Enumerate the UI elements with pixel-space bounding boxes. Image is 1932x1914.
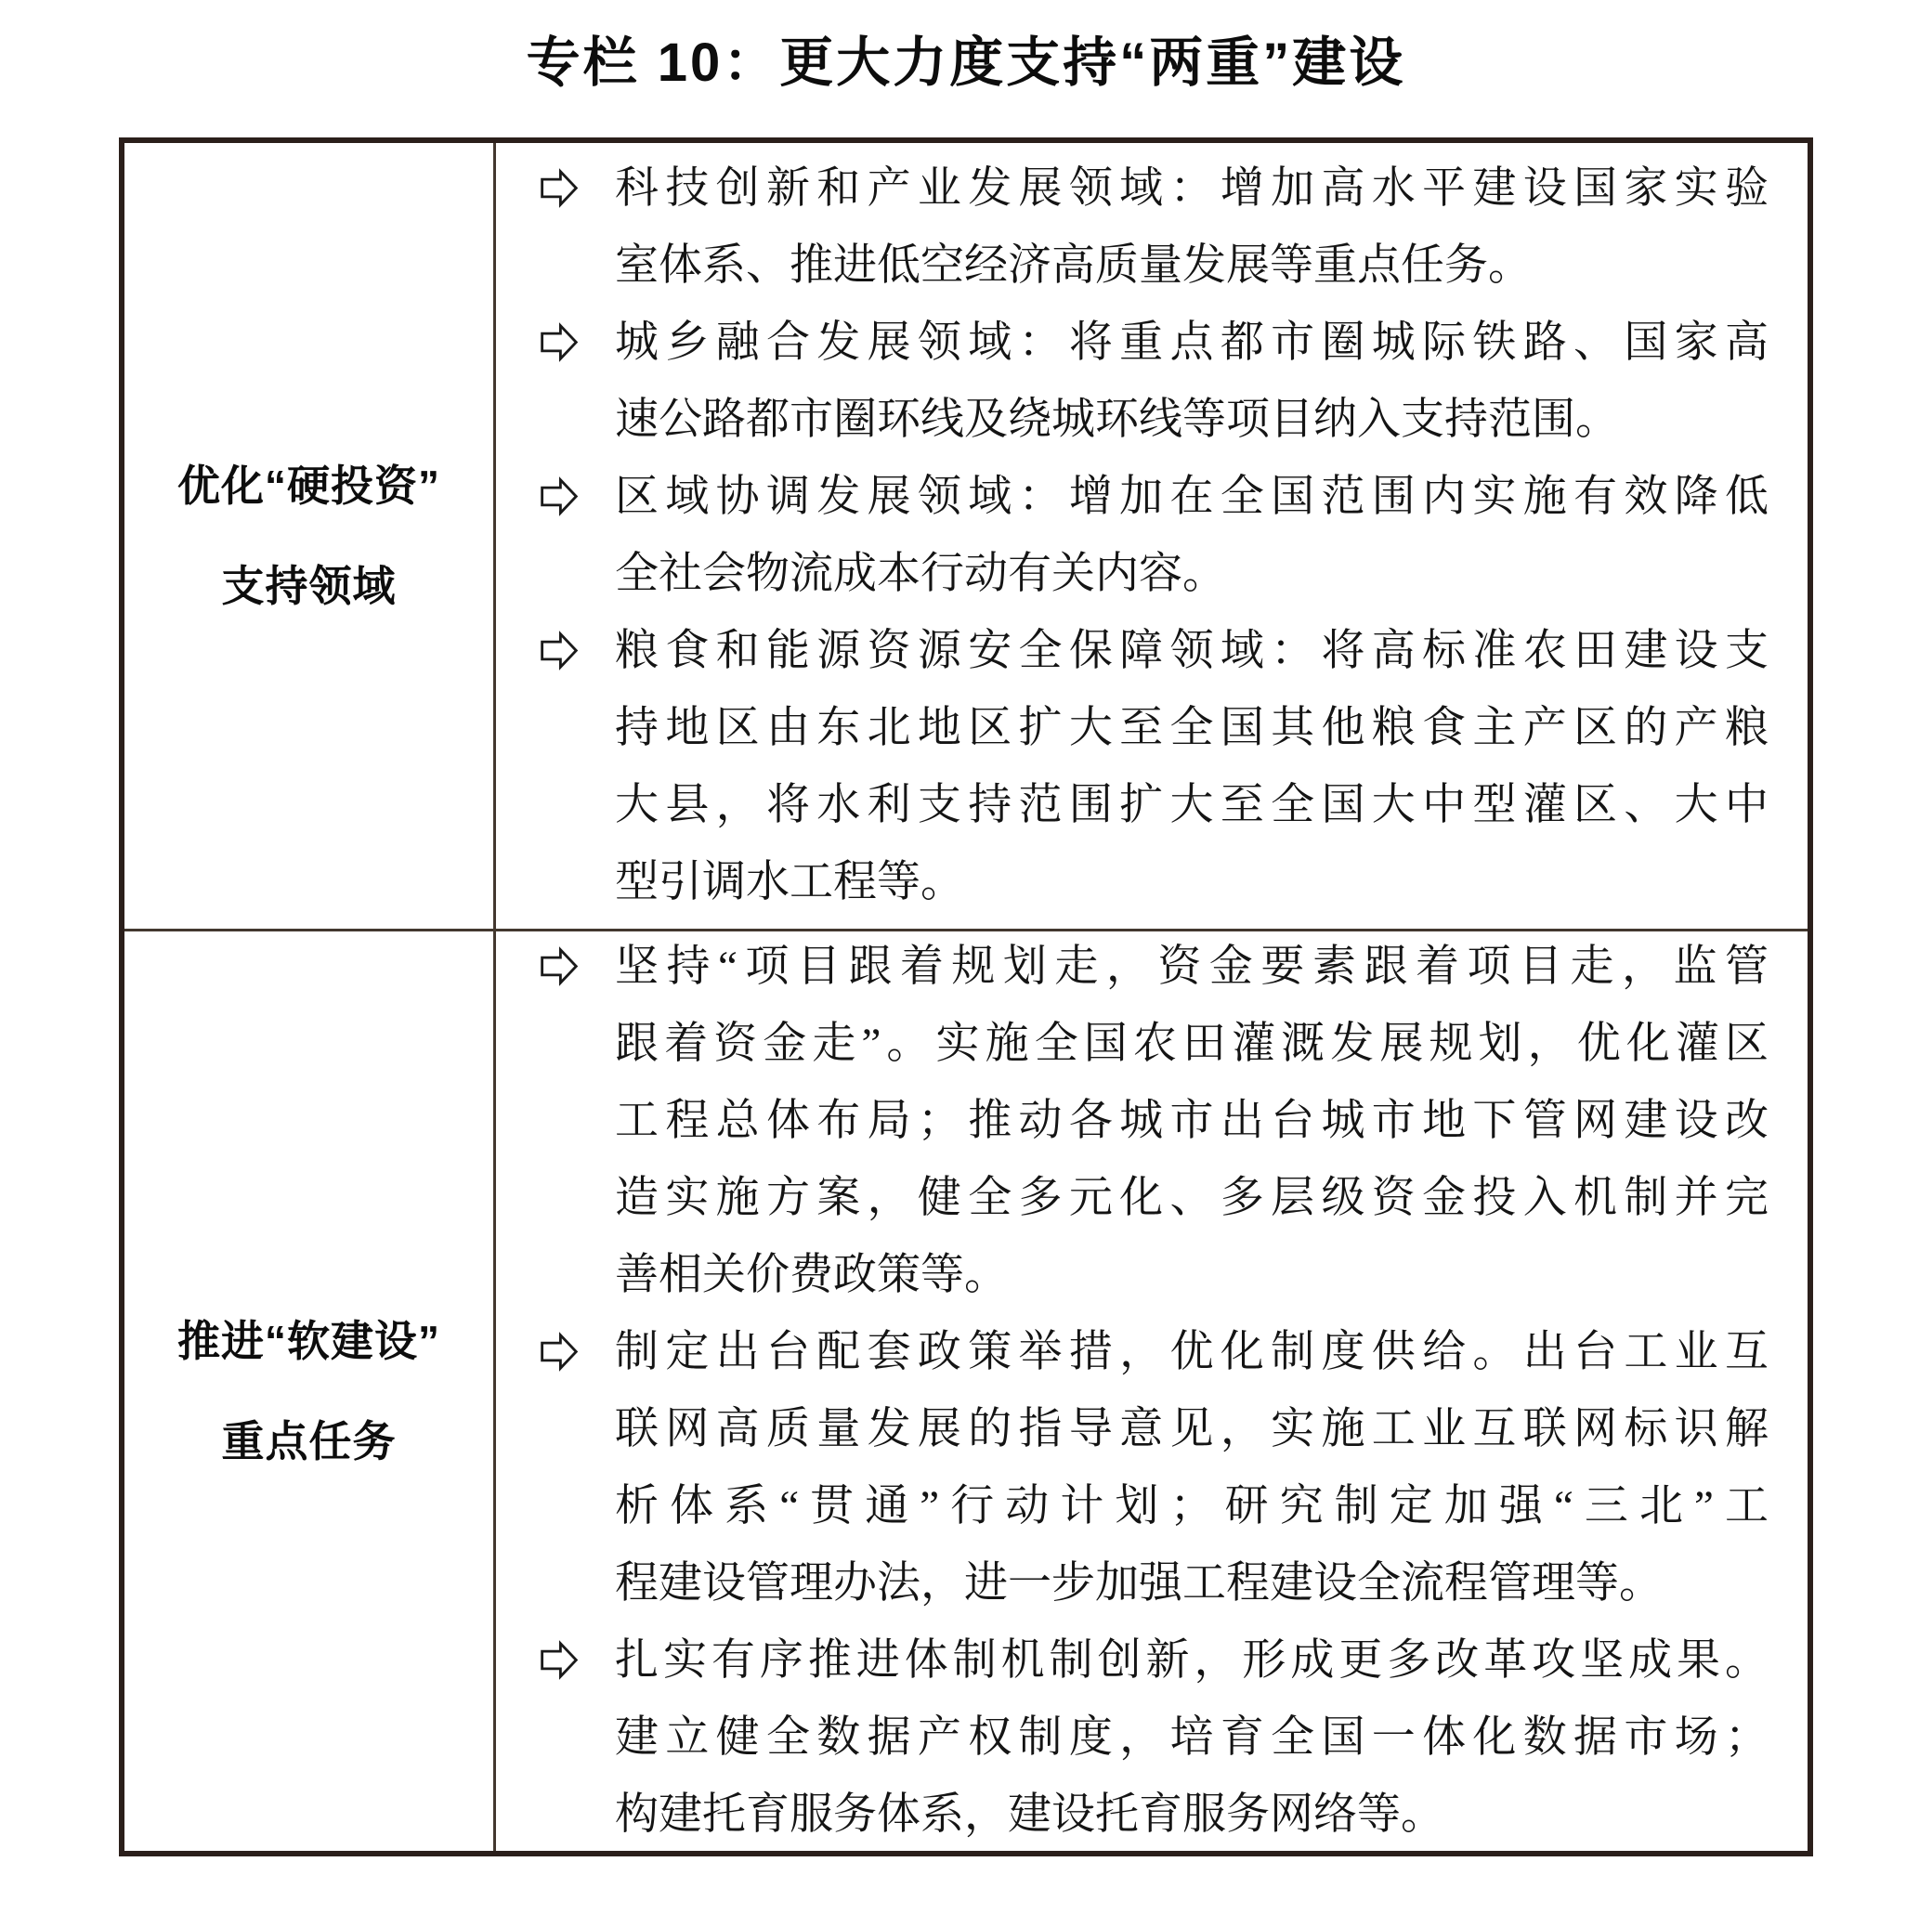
bullet-line: 全社会物流成本行动有关内容。: [615, 536, 1769, 613]
bullet-line: 联网高质量发展的指导意见，实施工业互联网标识解: [615, 1391, 1769, 1468]
bullet-lines: 城乡融合发展领域：将重点都市圈城际铁路、国家高速公路都市圈环线及绕城环线等项目纳…: [615, 305, 1769, 459]
bullet-lines: 科技创新和产业发展领域：增加高水平建设国家实验室体系、推进低空经济高质量发展等重…: [615, 150, 1769, 305]
bullet-line: 程建设管理办法，进一步加强工程建设全流程管理等。: [615, 1545, 1769, 1622]
hollow-right-arrow-icon: [537, 475, 581, 518]
bullet-item: 粮食和能源资源安全保障领域：将高标准农田建设支持地区由东北地区扩大至全国其他粮食…: [496, 613, 1769, 921]
row-content-cell: 科技创新和产业发展领域：增加高水平建设国家实验室体系、推进低空经济高质量发展等重…: [496, 143, 1808, 929]
row-header-line: 推进“软建设”: [177, 1291, 440, 1391]
document-page: 专栏 10：更大力度支持“两重”建设 优化“硬投资”支持领域 科技创新和产业发展…: [0, 0, 1932, 1914]
bullet-line: 跟着资金走”。实施全国农田灌溉发展规划，优化灌区: [615, 1006, 1769, 1083]
row-header-line: 支持领域: [222, 536, 397, 636]
row-header-line: 优化“硬投资”: [177, 436, 440, 536]
bullet-item: 扎实有序推进体制机制创新，形成更多改革攻坚成果。建立健全数据产权制度，培育全国一…: [496, 1622, 1769, 1854]
bullet-line: 析体系“贯通”行动计划；研究制定加强“三北”工: [615, 1468, 1769, 1545]
bullet-item: 制定出台配套政策举措，优化制度供给。出台工业互联网高质量发展的指导意见，实施工业…: [496, 1314, 1769, 1622]
table-row: 推进“软建设”重点任务 坚持“项目跟着规划走，资金要素跟着项目走，监管跟着资金走…: [124, 931, 1808, 1851]
bullet-item: 城乡融合发展领域：将重点都市圈城际铁路、国家高速公路都市圈环线及绕城环线等项目纳…: [496, 305, 1769, 459]
hollow-right-arrow-icon: [537, 320, 581, 364]
bullet-line: 造实施方案，健全多元化、多层级资金投入机制并完: [615, 1160, 1769, 1237]
hollow-right-arrow-icon: [537, 166, 581, 210]
bullet-item: 区域协调发展领域：增加在全国范围内实施有效降低全社会物流成本行动有关内容。: [496, 459, 1769, 613]
hollow-right-arrow-icon: [537, 629, 581, 672]
bullet-line: 城乡融合发展领域：将重点都市圈城际铁路、国家高: [615, 305, 1769, 382]
bullet-item: 科技创新和产业发展领域：增加高水平建设国家实验室体系、推进低空经济高质量发展等重…: [496, 150, 1769, 305]
bullet-line: 速公路都市圈环线及绕城环线等项目纳入支持范围。: [615, 382, 1769, 459]
bullet-lines: 坚持“项目跟着规划走，资金要素跟着项目走，监管跟着资金走”。实施全国农田灌溉发展…: [615, 929, 1769, 1314]
row-header-line: 重点任务: [222, 1391, 397, 1491]
bullet-line: 大县，将水利支持范围扩大至全国大中型灌区、大中: [615, 767, 1769, 844]
bullet-line: 制定出台配套政策举措，优化制度供给。出台工业互: [615, 1314, 1769, 1391]
bullet-item: 坚持“项目跟着规划走，资金要素跟着项目走，监管跟着资金走”。实施全国农田灌溉发展…: [496, 929, 1769, 1314]
bullet-lines: 制定出台配套政策举措，优化制度供给。出台工业互联网高质量发展的指导意见，实施工业…: [615, 1314, 1769, 1622]
bullet-line: 科技创新和产业发展领域：增加高水平建设国家实验: [615, 150, 1769, 228]
bullet-lines: 扎实有序推进体制机制创新，形成更多改革攻坚成果。建立健全数据产权制度，培育全国一…: [615, 1622, 1769, 1854]
bullet-line: 构建托育服务体系，建设托育服务网络等。: [615, 1777, 1769, 1854]
hollow-right-arrow-icon: [537, 944, 581, 988]
bullet-line: 工程总体布局；推动各城市出台城市地下管网建设改: [615, 1083, 1769, 1160]
bullet-lines: 区域协调发展领域：增加在全国范围内实施有效降低全社会物流成本行动有关内容。: [615, 459, 1769, 613]
bullet-line: 室体系、推进低空经济高质量发展等重点任务。: [615, 228, 1769, 305]
box-title: 专栏 10：更大力度支持“两重”建设: [0, 19, 1932, 97]
row-content-cell: 坚持“项目跟着规划走，资金要素跟着项目走，监管跟着资金走”。实施全国农田灌溉发展…: [496, 931, 1808, 1851]
two-major-support-table: 优化“硬投资”支持领域 科技创新和产业发展领域：增加高水平建设国家实验室体系、推…: [119, 137, 1813, 1856]
row-header-cell: 推进“软建设”重点任务: [124, 931, 496, 1851]
hollow-right-arrow-icon: [537, 1638, 581, 1682]
bullet-line: 型引调水工程等。: [615, 844, 1769, 921]
table-row: 优化“硬投资”支持领域 科技创新和产业发展领域：增加高水平建设国家实验室体系、推…: [124, 143, 1808, 931]
bullet-line: 善相关价费政策等。: [615, 1237, 1769, 1314]
hollow-right-arrow-icon: [537, 1330, 581, 1374]
row-header-cell: 优化“硬投资”支持领域: [124, 143, 496, 929]
bullet-line: 坚持“项目跟着规划走，资金要素跟着项目走，监管: [615, 929, 1769, 1006]
bullet-line: 持地区由东北地区扩大至全国其他粮食主产区的产粮: [615, 690, 1769, 767]
bullet-line: 扎实有序推进体制机制创新，形成更多改革攻坚成果。: [615, 1622, 1769, 1699]
bullet-line: 建立健全数据产权制度，培育全国一体化数据市场；: [615, 1699, 1769, 1777]
bullet-lines: 粮食和能源资源安全保障领域：将高标准农田建设支持地区由东北地区扩大至全国其他粮食…: [615, 613, 1769, 921]
bullet-line: 区域协调发展领域：增加在全国范围内实施有效降低: [615, 459, 1769, 536]
bullet-line: 粮食和能源资源安全保障领域：将高标准农田建设支: [615, 613, 1769, 690]
